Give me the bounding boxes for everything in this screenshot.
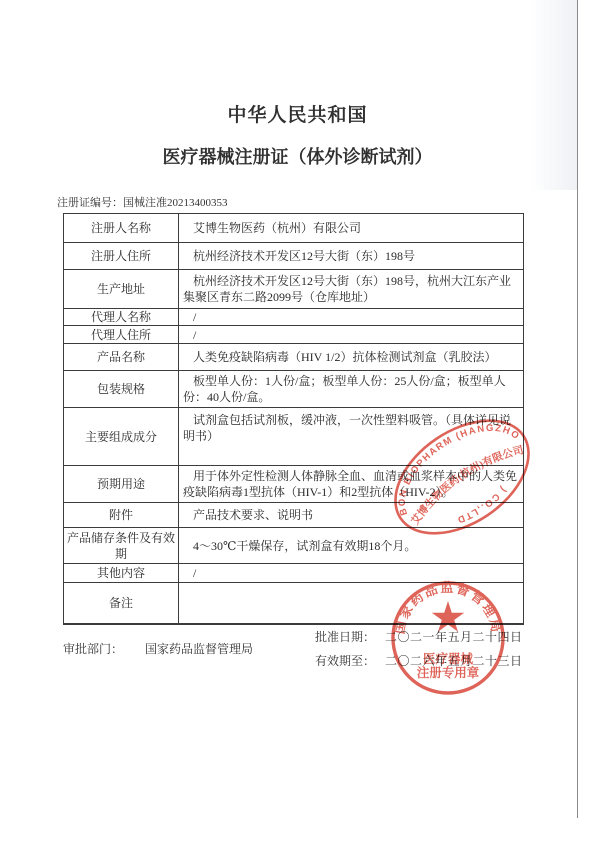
- row-label: 预期用途: [64, 466, 179, 503]
- row-value: 杭州经济技术开发区12号大街（东）198号，杭州大江东产业集聚区青东二路2099…: [179, 270, 524, 309]
- row-value: [179, 583, 524, 624]
- table-row: 附件 产品技术要求、说明书: [64, 503, 524, 528]
- approve-date-value: 二〇二一年五月二十四日: [385, 628, 523, 645]
- valid-until-line: 有效期至： 二〇二六年五月二十三日: [315, 652, 523, 669]
- approval-department-line: 审批部门：国家药品监督管理局: [63, 640, 253, 657]
- table-row: 注册人名称 艾博生物医药（杭州）有限公司: [64, 214, 524, 243]
- approve-date-line: 批准日期： 二〇二一年五月二十四日: [315, 628, 523, 645]
- row-value: 人类免疫缺陷病毒（HIV 1/2）抗体检测试剂盒（乳胶法）: [179, 344, 524, 371]
- registration-number-label: 注册证编号：: [57, 197, 123, 209]
- row-value: 艾博生物医药（杭州）有限公司: [179, 214, 524, 243]
- certificate-title: 医疗器械注册证（体外诊断试剂）: [0, 143, 595, 169]
- table-row: 主要组成成分 试剂盒包括试剂板，缓冲液，一次性塑料吸管。（具体详见说明书）: [64, 408, 524, 466]
- row-value: 杭州经济技术开发区12号大街（东）198号: [179, 243, 524, 270]
- valid-until-label: 有效期至：: [315, 652, 385, 669]
- registration-number-value: 国械注准20213400353: [123, 197, 228, 209]
- row-value: 板型单人份：1人份/盒；板型单人份：25人份/盒；板型单人份：40人份/盒。: [179, 371, 524, 408]
- row-label: 包装规格: [64, 371, 179, 408]
- row-value: /: [179, 326, 524, 344]
- country-title: 中华人民共和国: [0, 100, 595, 127]
- valid-until-value: 二〇二六年五月二十三日: [385, 652, 523, 669]
- row-value: /: [179, 564, 524, 583]
- table-row: 其他内容 /: [64, 564, 524, 583]
- table-row: 包装规格 板型单人份：1人份/盒；板型单人份：25人份/盒；板型单人份：40人份…: [64, 371, 524, 408]
- row-label: 代理人名称: [64, 309, 179, 326]
- row-label: 主要组成成分: [64, 408, 179, 466]
- row-label: 注册人住所: [64, 243, 179, 270]
- approval-department-value: 国家药品监督管理局: [145, 642, 253, 656]
- table-row: 代理人名称 /: [64, 309, 524, 326]
- row-label: 其他内容: [64, 564, 179, 583]
- table-row: 预期用途 用于体外定性检测人体静脉全血、血清或血浆样本中的人类免疫缺陷病毒1型抗…: [64, 466, 524, 503]
- row-label: 附件: [64, 503, 179, 528]
- footer-dates: 批准日期： 二〇二一年五月二十四日 有效期至： 二〇二六年五月二十三日: [315, 628, 523, 676]
- certificate-page: 中华人民共和国 医疗器械注册证（体外诊断试剂） 注册证编号：国械注准202134…: [0, 0, 595, 842]
- table-row: 生产地址 杭州经济技术开发区12号大街（东）198号，杭州大江东产业集聚区青东二…: [64, 270, 524, 309]
- row-label: 生产地址: [64, 270, 179, 309]
- table-row: 备注: [64, 583, 524, 624]
- certificate-table: 注册人名称 艾博生物医药（杭州）有限公司 注册人住所 杭州经济技术开发区12号大…: [63, 213, 524, 625]
- table-row: 代理人住所 /: [64, 326, 524, 344]
- registration-number-line: 注册证编号：国械注准20213400353: [57, 194, 228, 210]
- row-label: 代理人住所: [64, 326, 179, 344]
- row-label: 产品名称: [64, 344, 179, 371]
- row-label: 备注: [64, 583, 179, 624]
- table-row: 产品储存条件及有效期 4～30℃干燥保存，试剂盒有效期18个月。: [64, 528, 524, 564]
- row-value: 4～30℃干燥保存，试剂盒有效期18个月。: [179, 528, 524, 564]
- approval-department-label: 审批部门：: [63, 642, 123, 656]
- row-value: 产品技术要求、说明书: [179, 503, 524, 528]
- row-value: /: [179, 309, 524, 326]
- table-row: 注册人住所 杭州经济技术开发区12号大街（东）198号: [64, 243, 524, 270]
- row-label: 注册人名称: [64, 214, 179, 243]
- row-value: 用于体外定性检测人体静脉全血、血清或血浆样本中的人类免疫缺陷病毒1型抗体（HIV…: [179, 466, 524, 503]
- row-value: 试剂盒包括试剂板，缓冲液，一次性塑料吸管。（具体详见说明书）: [179, 408, 524, 466]
- table-row: 产品名称 人类免疫缺陷病毒（HIV 1/2）抗体检测试剂盒（乳胶法）: [64, 344, 524, 371]
- approve-date-label: 批准日期：: [315, 628, 385, 645]
- row-label: 产品储存条件及有效期: [64, 528, 179, 564]
